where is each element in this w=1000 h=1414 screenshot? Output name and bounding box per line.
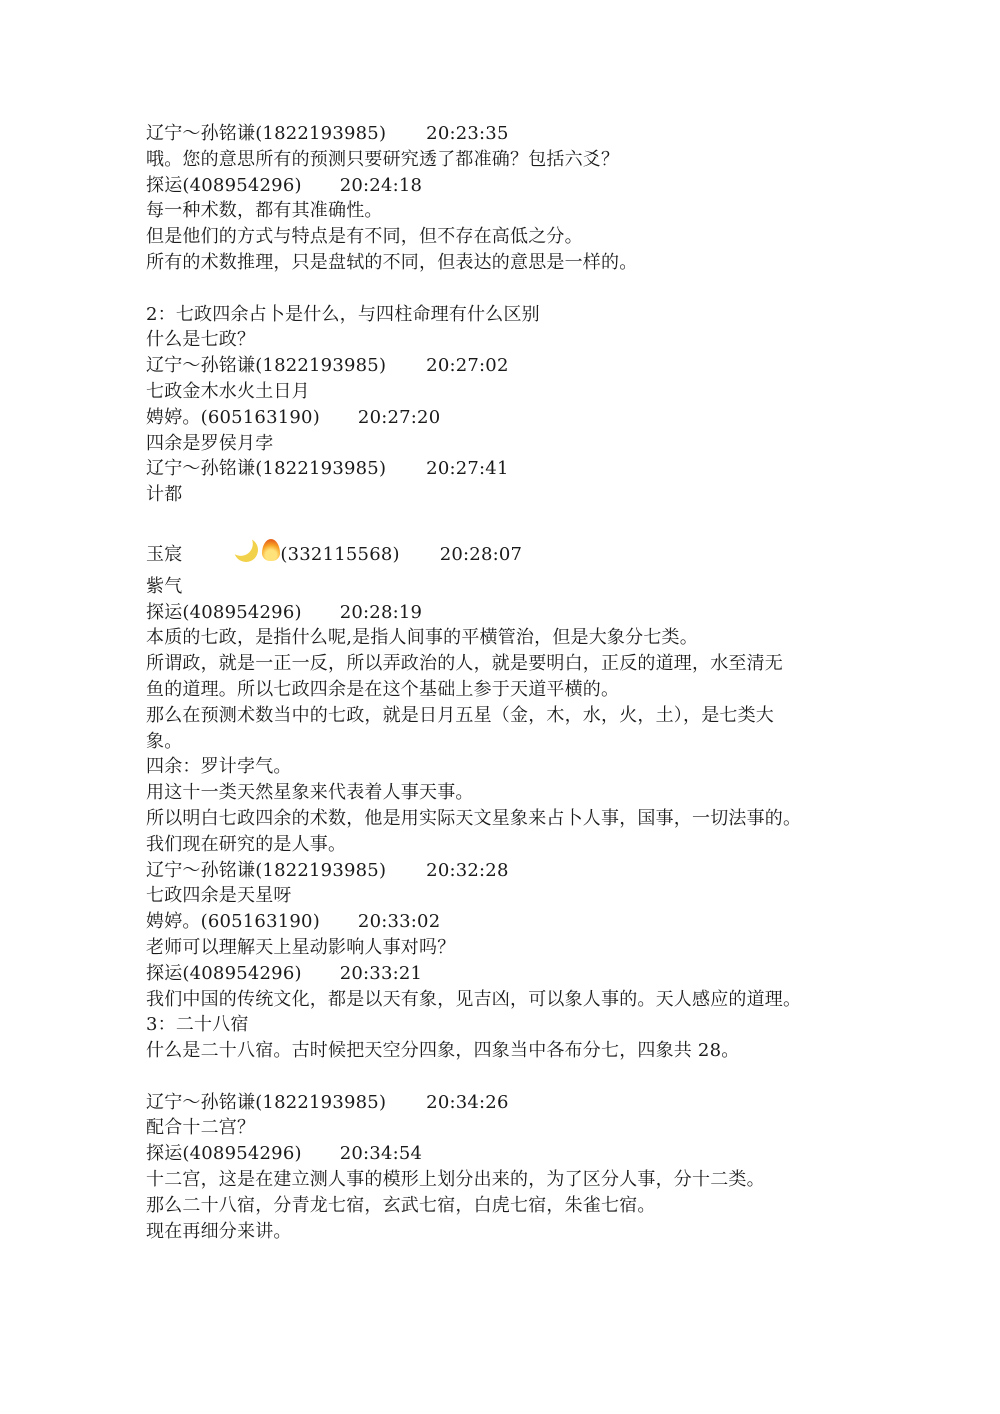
fire-icon: [262, 539, 280, 561]
timestamp: 20:33:02: [358, 911, 440, 932]
speaker-line: 探运(408954296)20:33:21: [146, 961, 866, 987]
message-text: 那么二十八宿，分青龙七宿，玄武七宿，白虎七宿，朱雀七宿。: [146, 1193, 866, 1219]
timestamp: 20:34:54: [340, 1143, 422, 1164]
message-text: 老师可以理解天上星动影响人事对吗？: [146, 935, 866, 961]
speaker-name: 娉婷。(605163190): [146, 911, 320, 932]
message-text: 四余是罗侯月孛: [146, 431, 866, 457]
message-text: 现在再细分来讲。: [146, 1219, 866, 1245]
message-text: 十二宫，这是在建立测人事的模形上划分出来的，为了区分人事，分十二类。: [146, 1167, 866, 1193]
message-text: 本质的七政，是指什么呢,是指人间事的平横管治，但是大象分七类。: [146, 625, 866, 651]
speaker-line: 玉宸(332115568)20:28:07: [146, 536, 866, 574]
speaker-line: 辽宁～孙铭谦(1822193985)20:27:41: [146, 456, 866, 482]
speaker-line: 辽宁～孙铭谦(1822193985)20:34:26: [146, 1090, 866, 1116]
speaker-line: 探运(408954296)20:34:54: [146, 1141, 866, 1167]
message-text: 配合十二宫？: [146, 1115, 866, 1141]
speaker-name: 辽宁～孙铭谦(1822193985): [146, 1092, 386, 1113]
message-text: 什么是二十八宿。古时候把天空分四象，四象当中各布分七，四象共 28。: [146, 1038, 866, 1064]
blank-line: [146, 1064, 866, 1090]
message-text: 七政四余是天星呀: [146, 883, 866, 909]
timestamp: 20:34:26: [426, 1092, 508, 1113]
speaker-name: 探运(408954296): [146, 1143, 302, 1164]
blank-line: [146, 276, 866, 302]
timestamp: 20:27:02: [426, 355, 508, 376]
moon-icon: [231, 534, 262, 565]
message-text: 四余：罗计孛气。: [146, 754, 866, 780]
speaker-line: 娉婷。(605163190)20:27:20: [146, 405, 866, 431]
message-text: 紫气: [146, 574, 866, 600]
message-text: 那么在预测术数当中的七政，就是日月五星（金，木，水，火，土），是七类大: [146, 703, 866, 729]
speaker-name: 娉婷。(605163190): [146, 407, 320, 428]
speaker-line: 探运(408954296)20:28:19: [146, 600, 866, 626]
timestamp: 20:32:28: [426, 860, 508, 881]
message-text: 所有的术数推理，只是盘轼的不同，但表达的意思是一样的。: [146, 250, 866, 276]
timestamp: 20:28:19: [340, 602, 422, 623]
speaker-line: 辽宁～孙铭谦(1822193985)20:23:35: [146, 121, 866, 147]
timestamp: 20:23:35: [426, 123, 508, 144]
speaker-name: 辽宁～孙铭谦(1822193985): [146, 355, 386, 376]
speaker-name: 辽宁～孙铭谦(1822193985): [146, 860, 386, 881]
message-text: 每一种术数，都有其准确性。: [146, 198, 866, 224]
message-text: 象。: [146, 729, 866, 755]
timestamp: 20:27:20: [358, 407, 440, 428]
message-text: 鱼的道理。所以七政四余是在这个基础上参于天道平横的。: [146, 677, 866, 703]
message-text: 但是他们的方式与特点是有不同，但不存在高低之分。: [146, 224, 866, 250]
message-text: 什么是七政？: [146, 327, 866, 353]
speaker-name: 探运(408954296): [146, 963, 302, 984]
timestamp: 20:27:41: [426, 458, 508, 479]
speaker-line: 娉婷。(605163190)20:33:02: [146, 909, 866, 935]
speaker-name: 玉宸: [146, 544, 182, 565]
section-heading: 3：二十八宿: [146, 1012, 866, 1038]
section-heading: 2：七政四余占卜是什么，与四柱命理有什么区别: [146, 302, 866, 328]
message-text: 我们中国的传统文化，都是以天有象，见吉凶，可以象人事的。天人感应的道理。: [146, 987, 866, 1013]
speaker-name: 探运(408954296): [146, 175, 302, 196]
speaker-line: 辽宁～孙铭谦(1822193985)20:32:28: [146, 858, 866, 884]
message-text: 哦。您的意思所有的预测只要研究透了都准确？包括六爻？: [146, 147, 866, 173]
message-text: 七政金木水火土日月: [146, 379, 866, 405]
document-page: 辽宁～孙铭谦(1822193985)20:23:35 哦。您的意思所有的预测只要…: [146, 121, 866, 1244]
speaker-id: (332115568): [280, 544, 399, 565]
message-text: 我们现在研究的是人事。: [146, 832, 866, 858]
timestamp: 20:28:07: [440, 544, 522, 565]
speaker-name: 辽宁～孙铭谦(1822193985): [146, 458, 386, 479]
message-text: 所谓政，就是一正一反，所以弄政治的人，就是要明白，正反的道理，水至清无: [146, 651, 866, 677]
speaker-name: 辽宁～孙铭谦(1822193985): [146, 123, 386, 144]
speaker-line: 探运(408954296)20:24:18: [146, 173, 866, 199]
speaker-line: 辽宁～孙铭谦(1822193985)20:27:02: [146, 353, 866, 379]
timestamp: 20:33:21: [340, 963, 422, 984]
message-text: 计都: [146, 482, 866, 508]
timestamp: 20:24:18: [340, 175, 422, 196]
blank-line: [146, 508, 866, 534]
message-text: 用这十一类天然星象来代表着人事天事。: [146, 780, 866, 806]
message-text: 所以明白七政四余的术数，他是用实际天文星象来占卜人事，国事，一切法事的。: [146, 806, 866, 832]
speaker-name: 探运(408954296): [146, 602, 302, 623]
